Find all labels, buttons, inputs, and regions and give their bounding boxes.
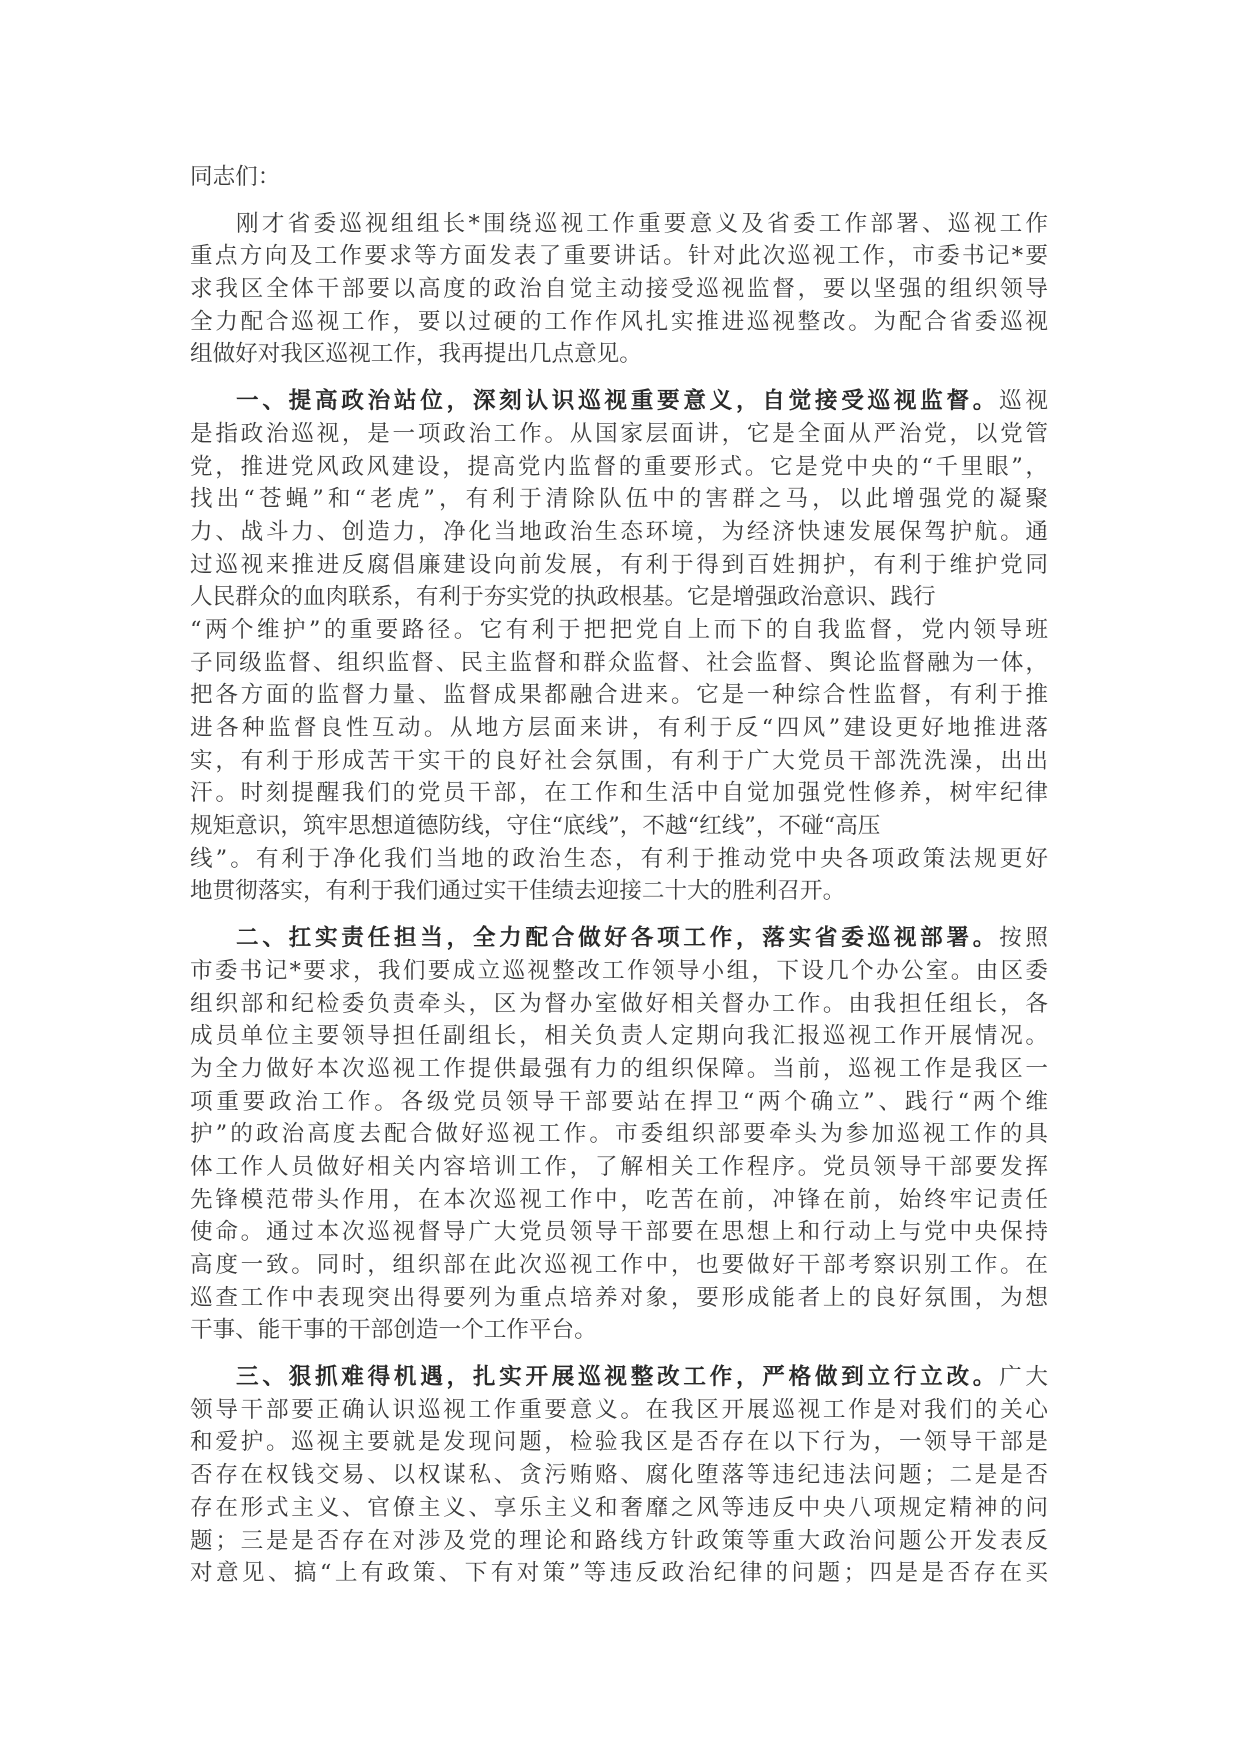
intro-paragraph: 刚才省委巡视组组长*围绕巡视工作重要意义及省委工作部署、巡视工作 重点方向及工作… <box>190 208 1048 371</box>
text-line: 组织部和纪检委负责牵头，区为督办室做好相关督办工作。由我担任组长，各 <box>190 988 1048 1021</box>
section-first-line: 二、扛实责任担当，全力配合做好各项工作，落实省委巡视部署。按照 <box>190 922 1048 955</box>
text-line: 干事、能干事的干部创造一个工作平台。 <box>190 1314 1048 1347</box>
text-line: 先锋模范带头作用，在本次巡视工作中，吃苦在前，冲锋在前，始终牢记责任 <box>190 1184 1048 1217</box>
section-first-line-rest: 广大 <box>999 1364 1048 1390</box>
text-line: 是指政治巡视，是一项政治工作。从国家层面讲，它是全面从严治党，以党管 <box>190 418 1048 451</box>
text-line: 和爱护。巡视主要就是发现问题，检验我区是否存在以下行为，一领导干部是 <box>190 1426 1048 1459</box>
text-line: 为全力做好本次巡视工作提供最强有力的组织保障。当前，巡视工作是我区一 <box>190 1053 1048 1086</box>
section-1: 一、提高政治站位，深刻认识巡视重要意义，自觉接受巡视监督。巡视 是指政治巡视，是… <box>190 385 1048 908</box>
text-line: 否存在权钱交易、以权谋私、贪污贿赂、腐化堕落等违纪违法问题；二是是否 <box>190 1459 1048 1492</box>
text-line: 子同级监督、组织监督、民主监督和群众监督、社会监督、舆论监督融为一体， <box>190 647 1048 680</box>
document-page: 同志们： 刚才省委巡视组组长*围绕巡视工作重要意义及省委工作部署、巡视工作 重点… <box>190 161 1048 1604</box>
text-line: 存在形式主义、官僚主义、享乐主义和奢靡之风等违反中央八项规定精神的问 <box>190 1492 1048 1525</box>
text-line: 重点方向及工作要求等方面发表了重要讲话。针对此次巡视工作，市委书记*要 <box>190 240 1048 273</box>
text-line: 项重要政治工作。各级党员领导干部要站在捍卫“两个确立”、践行“两个维 <box>190 1086 1048 1119</box>
section-first-line-rest: 按照 <box>999 925 1048 951</box>
salutation-text: 同志们： <box>190 161 1048 194</box>
section-first-line-rest: 巡视 <box>999 388 1048 414</box>
text-line: 实，有利于形成苦干实干的良好社会氛围，有利于广大党员干部洗洗澡，出出 <box>190 745 1048 778</box>
text-line: 党，推进党风政风建设，提高党内监督的重要形式。它是党中央的“千里眼”， <box>190 451 1048 484</box>
text-line: 线”。有利于净化我们当地的政治生态，有利于推动党中央各项政策法规更好 <box>190 843 1048 876</box>
text-line: 高度一致。同时，组织部在此次巡视工作中，也要做好干部考察识别工作。在 <box>190 1249 1048 1282</box>
text-line: 题；三是是否存在对涉及党的理论和路线方针政策等重大政治问题公开发表反 <box>190 1525 1048 1558</box>
text-line: 汗。时刻提醒我们的党员干部，在工作和生活中自觉加强党性修养，树牢纪律 <box>190 777 1048 810</box>
section-2: 二、扛实责任担当，全力配合做好各项工作，落实省委巡视部署。按照 市委书记*要求，… <box>190 922 1048 1347</box>
section-heading: 三、狠抓难得机遇，扎实开展巡视整改工作，严格做到立行立改。 <box>236 1364 999 1390</box>
text-line: 全力配合巡视工作，要以过硬的工作作风扎实推进巡视整改。为配合省委巡视 <box>190 306 1048 339</box>
text-line: 找出“苍蝇”和“老虎”，有利于清除队伍中的害群之马，以此增强党的凝聚 <box>190 483 1048 516</box>
section-heading: 一、提高政治站位，深刻认识巡视重要意义，自觉接受巡视监督。 <box>236 388 999 414</box>
text-line: 市委书记*要求，我们要成立巡视整改工作领导小组，下设几个办公室。由区委 <box>190 955 1048 988</box>
text-line: 成员单位主要领导担任副组长，相关负责人定期向我汇报巡视工作开展情况。 <box>190 1020 1048 1053</box>
text-line: 人民群众的血肉联系，有利于夯实党的执政根基。它是增强政治意识、践行 <box>190 581 1048 614</box>
text-line: 过巡视来推进反腐倡廉建设向前发展，有利于得到百姓拥护，有利于维护党同 <box>190 549 1048 582</box>
text-line: 巡查工作中表现突出得要列为重点培养对象，要形成能者上的良好氛围，为想 <box>190 1282 1048 1315</box>
text-line: 护”的政治高度去配合做好巡视工作。市委组织部要牵头为参加巡视工作的具 <box>190 1118 1048 1151</box>
text-line: 进各种监督良性互动。从地方层面来讲，有利于反“四风”建设更好地推进落 <box>190 712 1048 745</box>
text-line: 体工作人员做好相关内容培训工作，了解相关工作程序。党员领导干部要发挥 <box>190 1151 1048 1184</box>
salutation: 同志们： <box>190 161 1048 194</box>
section-first-line: 三、狠抓难得机遇，扎实开展巡视整改工作，严格做到立行立改。广大 <box>190 1361 1048 1394</box>
text-line: 使命。通过本次巡视督导广大党员领导干部要在思想上和行动上与党中央保持 <box>190 1216 1048 1249</box>
section-heading: 二、扛实责任担当，全力配合做好各项工作，落实省委巡视部署。 <box>236 925 999 951</box>
text-line: 把各方面的监督力量、监督成果都融合进来。它是一种综合性监督，有利于推 <box>190 679 1048 712</box>
text-line: 求我区全体干部要以高度的政治自觉主动接受巡视监督，要以坚强的组织领导 <box>190 273 1048 306</box>
text-line: 刚才省委巡视组组长*围绕巡视工作重要意义及省委工作部署、巡视工作 <box>190 208 1048 241</box>
text-line: 组做好对我区巡视工作，我再提出几点意见。 <box>190 338 1048 371</box>
section-first-line: 一、提高政治站位，深刻认识巡视重要意义，自觉接受巡视监督。巡视 <box>190 385 1048 418</box>
text-line: 地贯彻落实，有利于我们通过实干佳绩去迎接二十大的胜利召开。 <box>190 875 1048 908</box>
text-line: 领导干部要正确认识巡视工作重要意义。在我区开展巡视工作是对我们的关心 <box>190 1394 1048 1427</box>
text-line: 规矩意识，筑牢思想道德防线，守住“底线”，不越“红线”，不碰“高压 <box>190 810 1048 843</box>
text-line: “两个维护”的重要路径。它有利于把把党自上而下的自我监督，党内领导班 <box>190 614 1048 647</box>
text-line: 力、战斗力、创造力，净化当地政治生态环境，为经济快速发展保驾护航。通 <box>190 516 1048 549</box>
section-3: 三、狠抓难得机遇，扎实开展巡视整改工作，严格做到立行立改。广大 领导干部要正确认… <box>190 1361 1048 1590</box>
text-line: 对意见、搞“上有政策、下有对策”等违反政治纪律的问题；四是是否存在买 <box>190 1557 1048 1590</box>
